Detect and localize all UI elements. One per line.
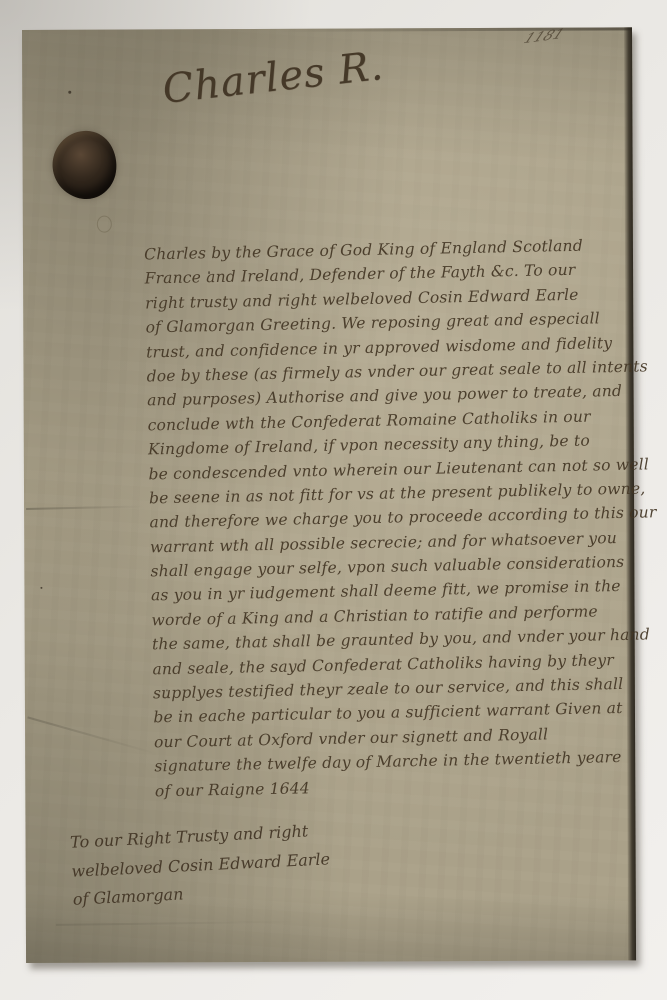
royal-signature: Charles R. xyxy=(160,43,386,113)
paper-crease xyxy=(56,921,296,926)
paper-speck xyxy=(40,587,42,589)
paper-speck xyxy=(166,689,168,691)
paper-crease xyxy=(26,505,144,510)
paper-speck xyxy=(68,91,71,94)
letter-body: Charles by the Grace of God King of Engl… xyxy=(144,233,641,804)
paper-crease xyxy=(27,716,157,755)
seal-ink-ghost xyxy=(97,216,112,233)
manuscript-page: 1181 Charles R. Charles by the Grace of … xyxy=(22,27,636,963)
photograph-background: 1181 Charles R. Charles by the Grace of … xyxy=(0,0,667,1000)
paper-speck xyxy=(208,271,210,274)
address-block: To our Right Trusty and rightwelbeloved … xyxy=(69,816,332,914)
wax-seal-icon xyxy=(48,127,121,203)
page-top-edge-shadow xyxy=(278,27,632,32)
